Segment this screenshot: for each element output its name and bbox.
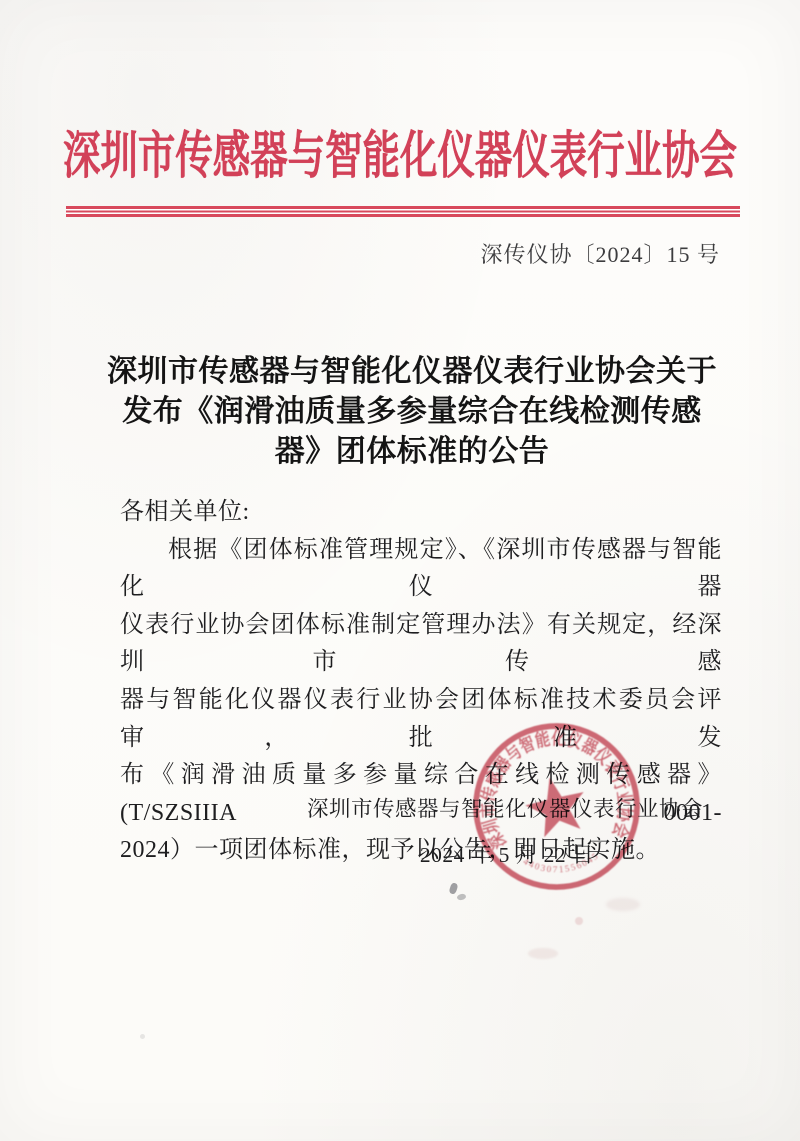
salutation: 各相关单位: bbox=[120, 494, 722, 532]
notice-title-line: 器》团体标准的公告 bbox=[104, 432, 720, 472]
scan-speck bbox=[528, 948, 558, 959]
document-page: 深圳市传感器与智能化仪器仪表行业协会 深传仪协〔2024〕15 号 深圳市传感器… bbox=[0, 0, 800, 1141]
letterhead-org-name: 深圳市传感器与智能化仪器仪表行业协会 bbox=[63, 124, 737, 190]
official-seal: 深圳市传感器与智能化仪器仪表行业协会 4403071556045 bbox=[462, 712, 652, 902]
notice-title-line: 深圳市传感器与智能化仪器仪表行业协会关于 bbox=[104, 352, 720, 392]
doc-number: 深传仪协〔2024〕15 号 bbox=[480, 238, 720, 269]
scan-speck bbox=[140, 1034, 145, 1039]
body-line: 仪表行业协会团体标准制定管理办法》有关规定，经深圳市传感 bbox=[120, 607, 722, 682]
notice-title: 深圳市传感器与智能化仪器仪表行业协会关于 发布《润滑油质量多参量综合在线检测传感… bbox=[104, 352, 720, 472]
body-line: 根据《团体标准管理规定》、《深圳市传感器与智能化仪器 bbox=[120, 532, 722, 607]
seal-serial-number: 4403071556045 bbox=[521, 850, 602, 878]
scan-speck bbox=[606, 898, 640, 911]
letterhead: 深圳市传感器与智能化仪器仪表行业协会 bbox=[0, 126, 800, 188]
scan-speck bbox=[456, 893, 466, 901]
letterhead-divider bbox=[66, 206, 740, 217]
scan-speck bbox=[575, 917, 583, 925]
notice-title-line: 发布《润滑油质量多参量综合在线检测传感 bbox=[104, 392, 720, 432]
seal-star-icon bbox=[520, 771, 591, 840]
scan-speck bbox=[448, 882, 458, 895]
